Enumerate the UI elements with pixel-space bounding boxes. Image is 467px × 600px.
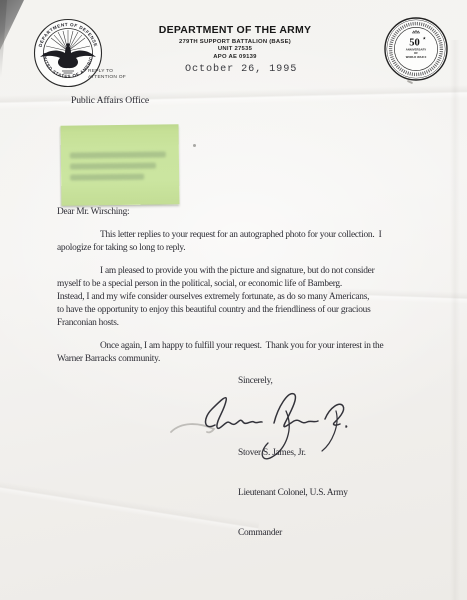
svg-text:WORLD WAR II: WORLD WAR II — [406, 55, 427, 59]
obscured-address-line — [70, 163, 156, 170]
body-text-line: Warner Barracks community. — [57, 353, 425, 366]
body-text-line: This letter replies to your request for … — [57, 229, 425, 242]
office-line: Public Affairs Office — [71, 95, 149, 106]
svg-text:ANNIVERSARY: ANNIVERSARY — [406, 48, 427, 52]
svg-text:OF: OF — [414, 51, 418, 55]
scan-edge-shadow — [0, 0, 7, 78]
body-text-line: to have the opportunity to enjoy this be… — [57, 304, 425, 317]
letterhead-header: DEPARTMENT OF THE ARMY 279TH SUPPORT BAT… — [115, 24, 355, 61]
letter-body: Dear Mr. Wirsching: This letter replies … — [57, 206, 425, 388]
scanned-letter-page: DEPARTMENT OF DEFENSE UNITED STATES OF A… — [0, 0, 467, 600]
body-paragraphs: This letter replies to your request for … — [57, 229, 425, 366]
wwii-50th-anniversary-seal-icon: 50 ★ ANNIVERSARY OF WORLD WAR II — [383, 16, 449, 82]
ink-speck — [193, 144, 196, 147]
paper-crease — [450, 40, 460, 600]
body-text-line: Instead, I and my wife consider ourselve… — [57, 291, 425, 304]
obscured-address-line — [70, 151, 166, 158]
reply-to-line2: ATTENTION OF — [88, 75, 126, 81]
body-text-line: Franconian hosts. — [57, 317, 425, 330]
sticky-note — [61, 124, 180, 205]
letter-date: October 26, 1995 — [185, 64, 297, 75]
unit-line: 279TH SUPPORT BATTALION (BASE) — [115, 39, 355, 46]
agency-name: DEPARTMENT OF THE ARMY — [115, 24, 355, 36]
body-text-line: Once again, I am happy to fulfill your r… — [57, 340, 425, 353]
obscured-address-line — [70, 174, 144, 181]
body-text-line: myself to be a special person in the pol… — [57, 278, 425, 291]
unit-number-line: UNIT 27535 — [115, 46, 355, 53]
body-text-line: apologize for taking so long to reply. — [57, 242, 425, 255]
apo-line: APO AE 09139 — [115, 54, 355, 61]
signature-block: Stover S. James, Jr. Lieutenant Colonel,… — [238, 420, 348, 567]
svg-text:★: ★ — [423, 36, 427, 41]
svg-text:50: 50 — [409, 38, 420, 49]
salutation: Dear Mr. Wirsching: — [57, 206, 425, 219]
signer-name: Stover S. James, Jr. — [238, 447, 348, 460]
reply-to-attention-of: REPLY TO ATTENTION OF — [88, 69, 126, 82]
paper-crease — [0, 478, 259, 534]
signer-title: Lieutenant Colonel, U.S. Army — [238, 487, 348, 500]
signer-role: Commander — [238, 527, 348, 540]
body-text-line: I am pleased to provide you with the pic… — [57, 265, 425, 278]
